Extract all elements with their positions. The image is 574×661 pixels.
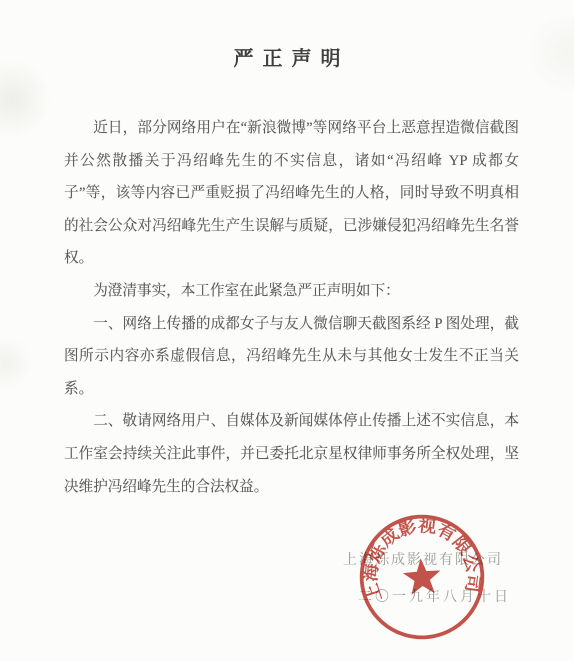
seal-star-icon xyxy=(402,557,442,595)
document-title: 严正声明 xyxy=(0,42,574,71)
seal-company-text: 上海烁成影视有限公司 xyxy=(356,511,484,605)
official-seal: 上海烁成影视有限公司 xyxy=(352,507,493,648)
paragraph-point-1: 一、网络上传播的成都女子与友人微信聊天截图系经 P 图处理，截图所示内容亦系虚假… xyxy=(64,308,519,406)
document-body: 近日，部分网络用户在“新浪微博”等网络平台上恶意捏造微信截图并公然散播关于冯绍峰… xyxy=(64,112,519,503)
seal-arc-text: 上海烁成影视有限公司 xyxy=(356,511,484,605)
paragraph-point-2: 二、敬请网络用户、自媒体及新闻媒体停止传播上述不实信息，本工作室会持续关注此事件… xyxy=(64,405,519,503)
document-page: 严正声明 近日，部分网络用户在“新浪微博”等网络平台上恶意捏造微信截图并公然散播… xyxy=(0,0,574,661)
paragraph-clarify-lead: 为澄清事实，本工作室在此紧急严正声明如下： xyxy=(64,275,519,308)
paragraph-intro: 近日，部分网络用户在“新浪微博”等网络平台上恶意捏造微信截图并公然散播关于冯绍峰… xyxy=(64,112,519,275)
